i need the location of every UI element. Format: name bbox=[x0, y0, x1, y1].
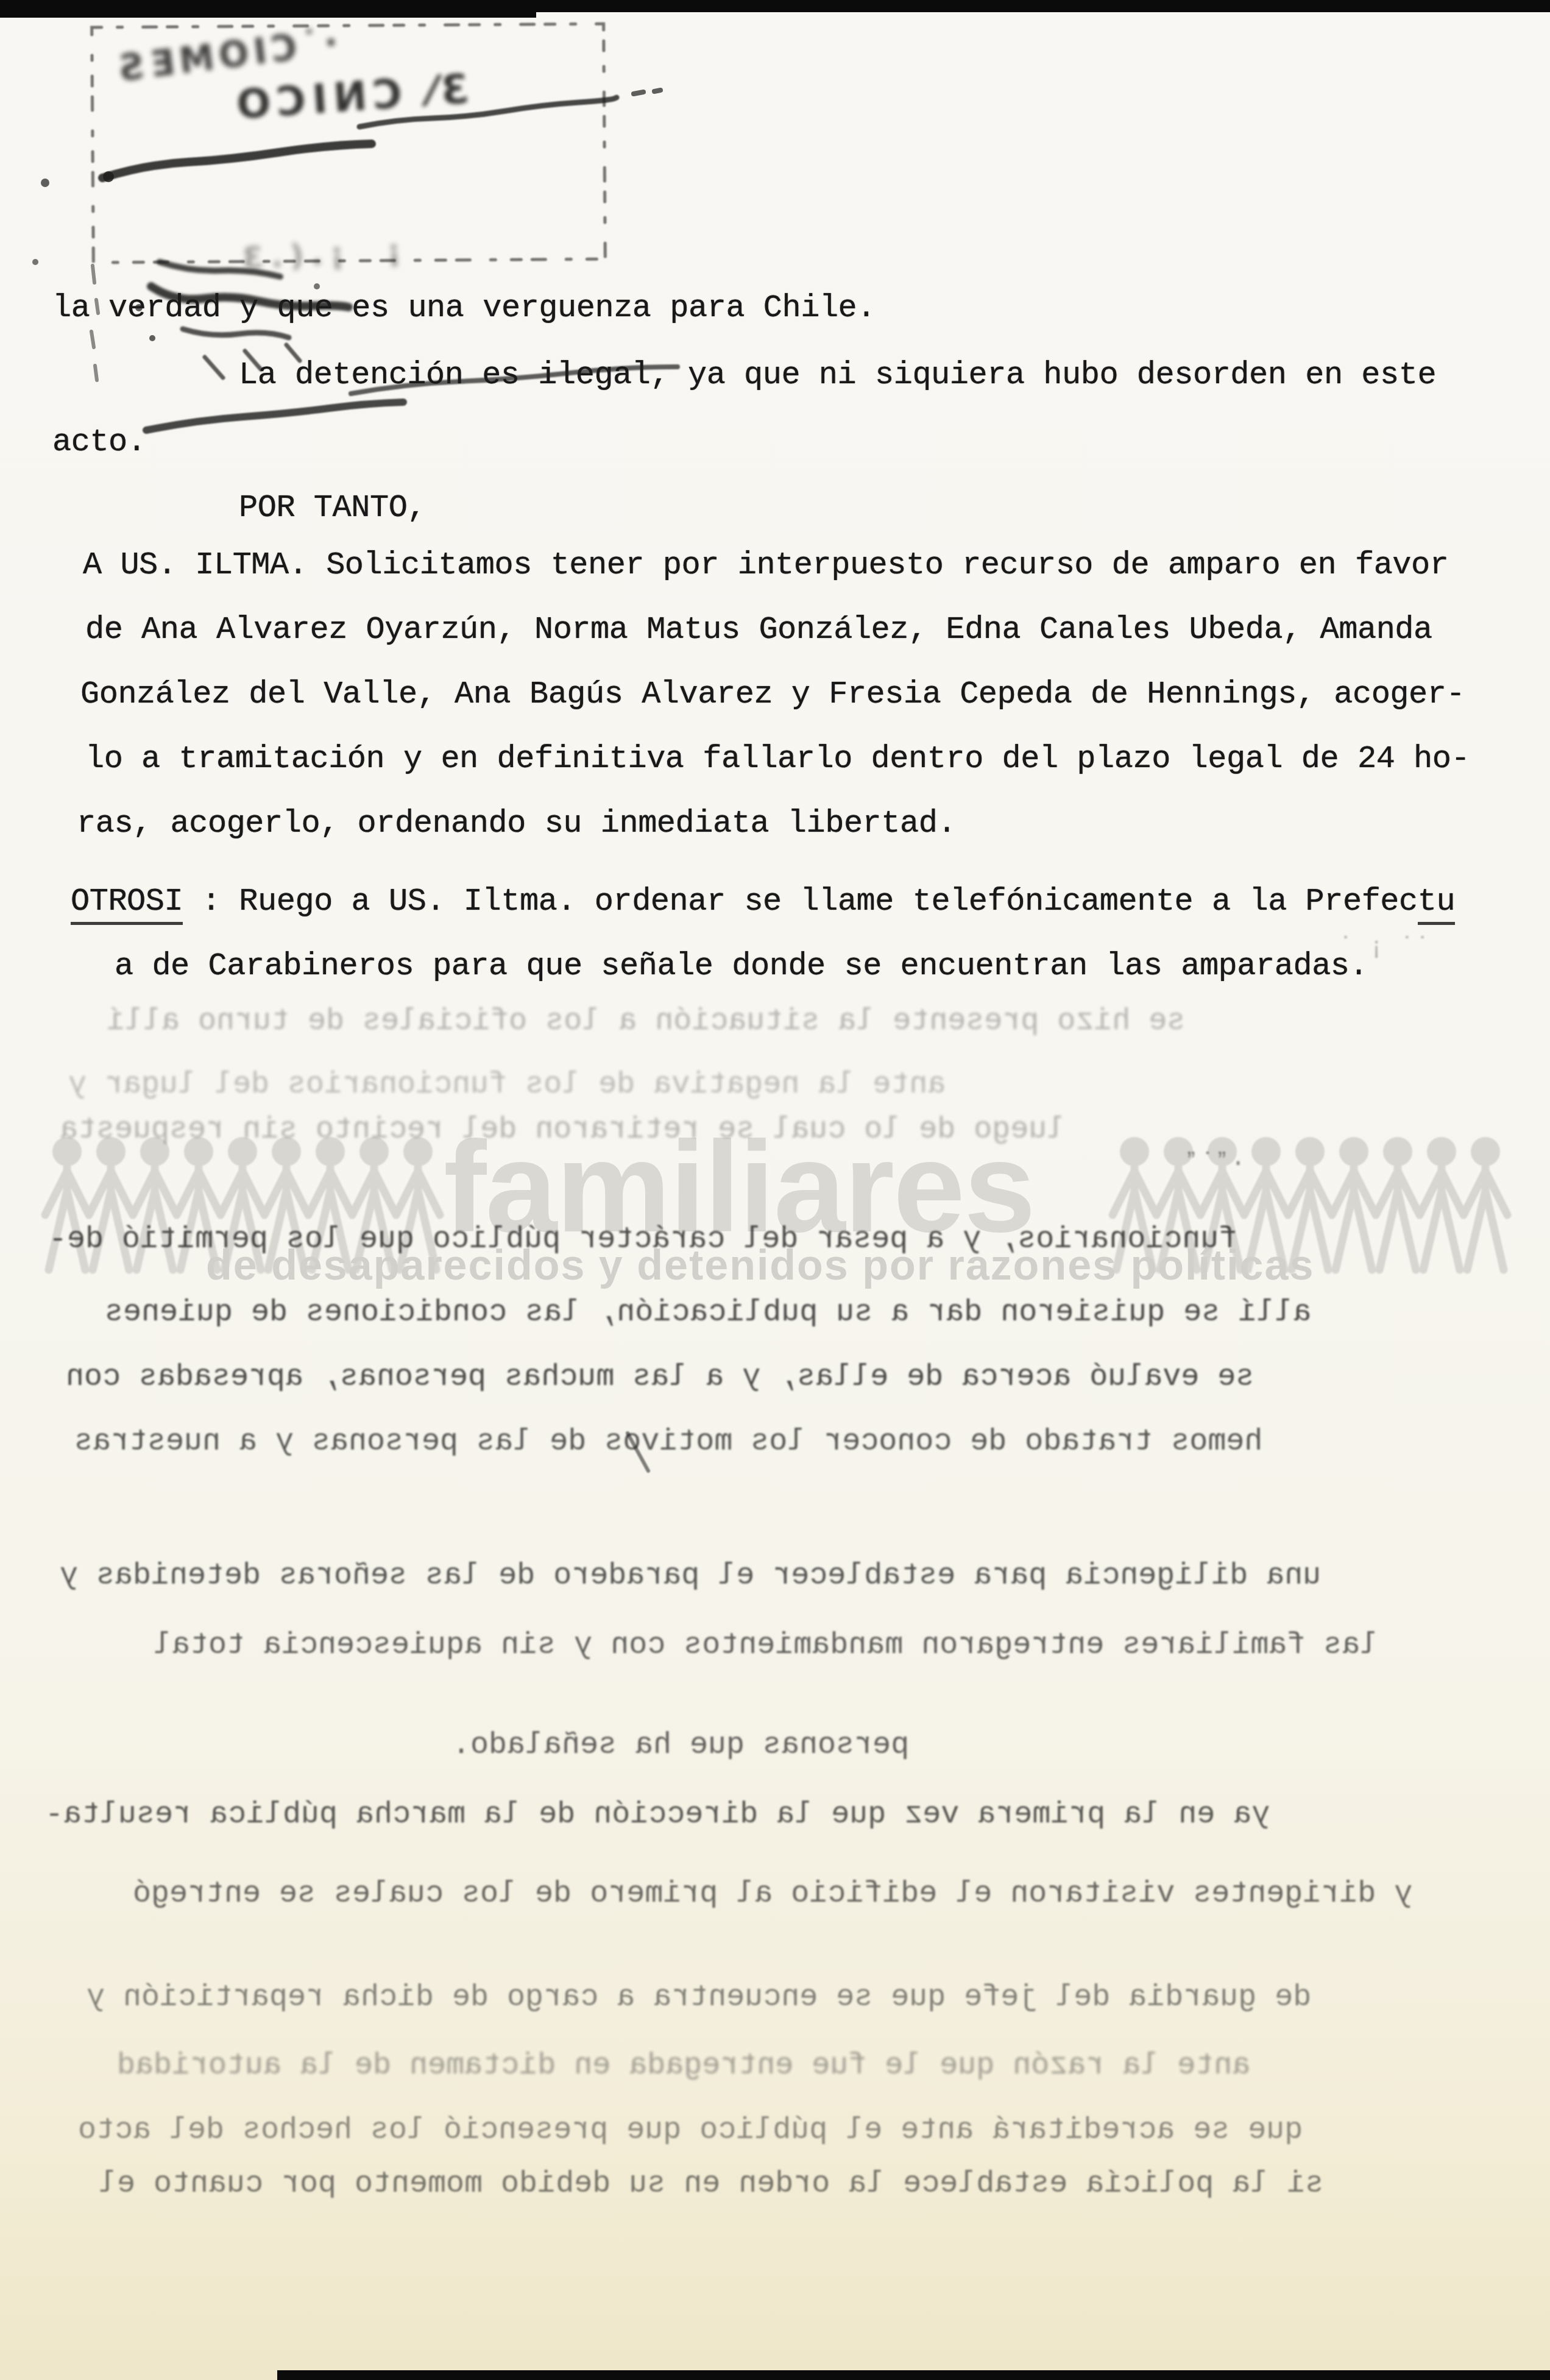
ink-blot-scribble bbox=[151, 286, 349, 307]
scan-edge-top-left bbox=[0, 12, 536, 18]
stamp-strike-dots bbox=[634, 90, 660, 94]
scratch-mark bbox=[628, 1433, 648, 1471]
scan-edge-bottom bbox=[277, 2370, 1550, 2380]
stamp-strike-line bbox=[102, 144, 372, 178]
ink-speckles bbox=[91, 266, 98, 380]
stamp-and-scribbles-overlay bbox=[0, 0, 1550, 2380]
ink-ticks bbox=[205, 345, 300, 378]
ink-blot-scribble bbox=[183, 329, 289, 338]
scanned-document-page: familiares de desaparecidos y detenidos … bbox=[0, 0, 1550, 2380]
scribble-line bbox=[146, 402, 403, 430]
scan-edge-top bbox=[0, 0, 1550, 12]
scribble-line bbox=[351, 367, 678, 394]
